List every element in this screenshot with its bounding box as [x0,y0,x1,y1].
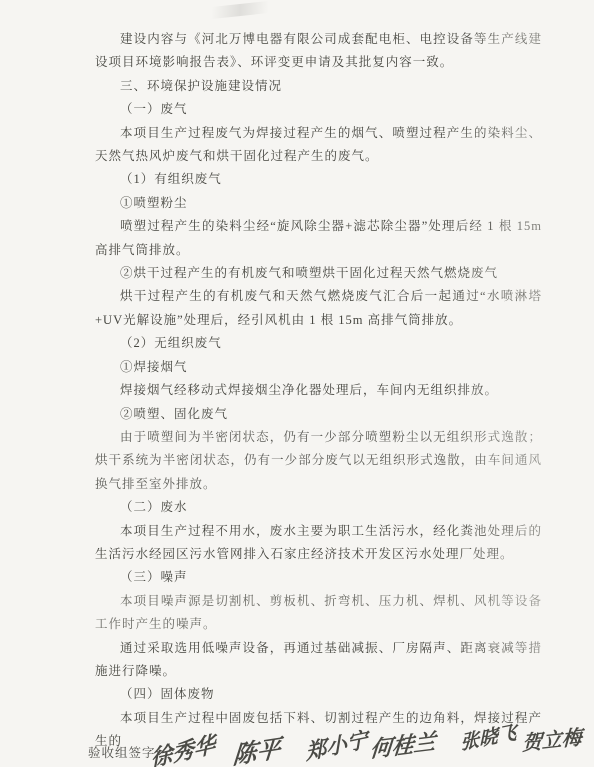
paragraph-noise-reduction: 通过采取选用低噪声设备，再通过基础减振、厂房隔声、距离衰减等措施进行降噪。 [95,637,542,684]
handwritten-signature: 贺立梅 [522,721,583,757]
paragraph-welding-fume-treatment: 焊接烟气经移动式焊接烟尘净化器处理后，车间内无组织排放。 [95,379,542,402]
heading-organized-waste-gas: （1）有组织废气 [95,168,542,191]
handwritten-signature: 徐秀华 [150,727,216,767]
handwritten-signature: 何桂兰 [369,725,437,765]
paragraph-drying-gas-treatment: 烘干过程产生的有机废气和天然气燃烧废气汇合后一起通过“水喷淋塔+UV光解设施”处… [95,285,542,332]
signature-label: 验收组签字: [88,743,160,761]
paragraph-spray-curing-fugitive: 由于喷塑间为半密闭状态，仍有一少部分喷塑粉尘以无组织形式逸散；烘干系统为半密闭状… [95,426,542,496]
paragraph-construction-consistency: 建设内容与《河北万博电器有限公司成套配电柜、电控设备等生产线建设项目环境影响报告… [95,28,542,75]
handwritten-signature: 陈平 [232,728,283,767]
heading-spray-dust: ①喷塑粉尘 [95,192,542,215]
heading-section-3-env-facilities: 三、环境保护设施建设情况 [95,75,542,98]
heading-waste-gas: （一）废气 [95,98,542,121]
heading-spray-curing-gas: ②喷塑、固化废气 [95,403,542,426]
signature-row: 验收组签字: 徐秀华 陈平 郑小宁 何桂兰 张晓飞 贺立梅 [0,731,594,767]
paragraph-spray-dust-treatment: 喷塑过程产生的染料尘经“旋风除尘器+滤芯除尘器”处理后经 1 根 15m 高排气… [95,215,542,262]
paragraph-wastewater-treatment: 本项目生产过程不用水，废水主要为职工生活污水，经化粪池处理后的生活污水经园区污水… [95,520,542,567]
heading-noise: （三）噪声 [95,566,542,589]
heading-unorganized-waste-gas: （2）无组织废气 [95,332,542,355]
paragraph-waste-gas-sources: 本项目生产过程废气为焊接过程产生的烟气、喷塑过程产生的染料尘、天然气热风炉废气和… [95,122,542,169]
scanned-document-page: 建设内容与《河北万博电器有限公司成套配电柜、电控设备等生产线建设项目环境影响报告… [0,0,594,767]
paragraph-noise-sources: 本项目噪声源是切割机、剪板机、折弯机、压力机、焊机、风机等设备工作时产生的噪声。 [95,590,542,637]
heading-welding-fume: ①焊接烟气 [95,356,542,379]
heading-solid-waste: （四）固体废物 [95,683,542,706]
heading-wastewater: （二）废水 [95,496,542,519]
scan-artifact [205,0,276,19]
document-body: 建设内容与《河北万博电器有限公司成套配电柜、电控设备等生产线建设项目环境影响报告… [95,28,542,754]
heading-drying-organic-gas: ②烘干过程产生的有机废气和喷塑烘干固化过程天然气燃烧废气 [95,262,542,285]
